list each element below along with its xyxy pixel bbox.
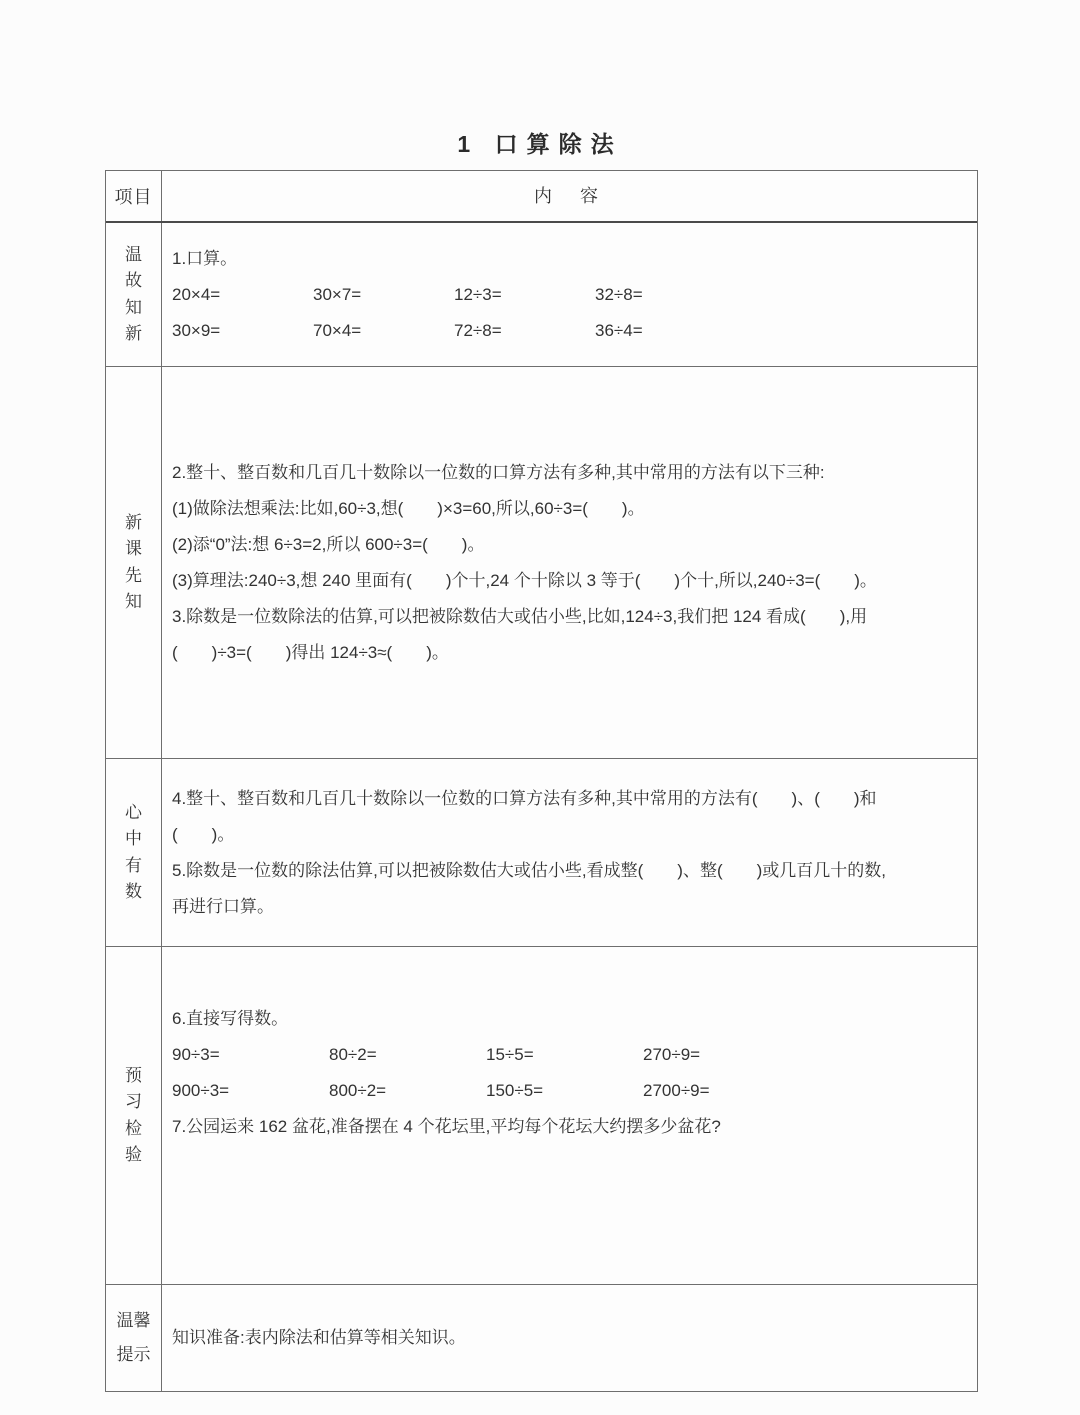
section-know-label: 心中有数 — [123, 800, 144, 905]
know-line: ( )。 — [172, 817, 965, 853]
problem: 70×4= — [313, 313, 454, 349]
preview-line: ( )÷3=( )得出 124÷3≈( )。 — [172, 635, 965, 671]
problem: 900÷3= — [172, 1073, 329, 1109]
section-review-label-cell: 温故知新 — [106, 223, 162, 366]
section-tip-label: 温馨提示 — [113, 1304, 154, 1372]
section-preview-label-cell: 新课先知 — [106, 367, 162, 758]
preview-line: 3.除数是一位数除法的估算,可以把被除数估大或估小些,比如,124÷3,我们把 … — [172, 599, 965, 635]
preview-line: (1)做除法想乘法:比如,60÷3,想( )×3=60,所以,60÷3=( )。 — [172, 491, 965, 527]
worksheet-table: 项目 内 容 温故知新 1.口算。 20×4= 30×7= 12÷3= 32÷8… — [105, 170, 978, 1392]
problem: 30×9= — [172, 313, 313, 349]
header-item-column: 项目 — [106, 171, 162, 221]
problem: 270÷9= — [643, 1037, 800, 1073]
worksheet-page: 1 口算除法 项目 内 容 温故知新 1.口算。 20×4= 30×7= 12÷… — [0, 0, 1080, 1415]
problem: 20×4= — [172, 277, 313, 313]
know-line: 4.整十、整百数和几百几十数除以一位数的口算方法有多种,其中常用的方法有( )、… — [172, 781, 965, 817]
section-check-row: 预习检验 6.直接写得数。 90÷3= 80÷2= 15÷5= 270÷9= 9… — [106, 946, 977, 1284]
problem: 72÷8= — [454, 313, 595, 349]
section-know-content: 4.整十、整百数和几百几十数除以一位数的口算方法有多种,其中常用的方法有( )、… — [162, 759, 977, 946]
problem: 36÷4= — [595, 313, 736, 349]
section-tip-label-cell: 温馨提示 — [106, 1285, 162, 1391]
check-word-problem: 7.公园运来 162 盆花,准备摆在 4 个花坛里,平均每个花坛大约摆多少盆花? — [172, 1109, 965, 1145]
problem: 80÷2= — [329, 1037, 486, 1073]
section-tip-content: 知识准备:表内除法和估算等相关知识。 — [162, 1285, 977, 1391]
know-line: 5.除数是一位数的除法估算,可以把被除数估大或估小些,看成整( )、整( )或几… — [172, 853, 965, 889]
section-tip-row: 温馨提示 知识准备:表内除法和估算等相关知识。 — [106, 1284, 977, 1391]
tip-text: 知识准备:表内除法和估算等相关知识。 — [172, 1320, 965, 1356]
table-header-row: 项目 内 容 — [106, 171, 977, 223]
review-intro: 1.口算。 — [172, 241, 965, 277]
section-know-row: 心中有数 4.整十、整百数和几百几十数除以一位数的口算方法有多种,其中常用的方法… — [106, 758, 977, 946]
section-review-label: 温故知新 — [123, 242, 144, 347]
section-check-label-cell: 预习检验 — [106, 947, 162, 1284]
page-title: 1 口算除法 — [0, 126, 1080, 159]
problem: 800÷2= — [329, 1073, 486, 1109]
problem: 30×7= — [313, 277, 454, 313]
section-know-label-cell: 心中有数 — [106, 759, 162, 946]
check-problem-row-2: 900÷3= 800÷2= 150÷5= 2700÷9= — [172, 1073, 965, 1109]
preview-line: (3)算理法:240÷3,想 240 里面有( )个十,24 个十除以 3 等于… — [172, 563, 965, 599]
section-preview-content: 2.整十、整百数和几百几十数除以一位数的口算方法有多种,其中常用的方法有以下三种… — [162, 367, 977, 758]
preview-line: 2.整十、整百数和几百几十数除以一位数的口算方法有多种,其中常用的方法有以下三种… — [172, 455, 965, 491]
section-preview-label: 新课先知 — [123, 510, 144, 615]
problem: 32÷8= — [595, 277, 736, 313]
header-content-column: 内 容 — [162, 171, 977, 221]
problem: 2700÷9= — [643, 1073, 800, 1109]
problem: 90÷3= — [172, 1037, 329, 1073]
section-review-content: 1.口算。 20×4= 30×7= 12÷3= 32÷8= 30×9= 70×4… — [162, 223, 977, 366]
preview-line: (2)添“0”法:想 6÷3=2,所以 600÷3=( )。 — [172, 527, 965, 563]
review-problem-row-2: 30×9= 70×4= 72÷8= 36÷4= — [172, 313, 965, 349]
review-problem-row-1: 20×4= 30×7= 12÷3= 32÷8= — [172, 277, 965, 313]
problem: 150÷5= — [486, 1073, 643, 1109]
problem: 12÷3= — [454, 277, 595, 313]
know-line: 再进行口算。 — [172, 889, 965, 925]
section-review-row: 温故知新 1.口算。 20×4= 30×7= 12÷3= 32÷8= 30×9=… — [106, 223, 977, 366]
check-problem-row-1: 90÷3= 80÷2= 15÷5= 270÷9= — [172, 1037, 965, 1073]
section-check-content: 6.直接写得数。 90÷3= 80÷2= 15÷5= 270÷9= 900÷3=… — [162, 947, 977, 1284]
problem: 15÷5= — [486, 1037, 643, 1073]
section-check-label: 预习检验 — [123, 1063, 144, 1168]
check-intro: 6.直接写得数。 — [172, 1001, 965, 1037]
section-preview-row: 新课先知 2.整十、整百数和几百几十数除以一位数的口算方法有多种,其中常用的方法… — [106, 366, 977, 758]
